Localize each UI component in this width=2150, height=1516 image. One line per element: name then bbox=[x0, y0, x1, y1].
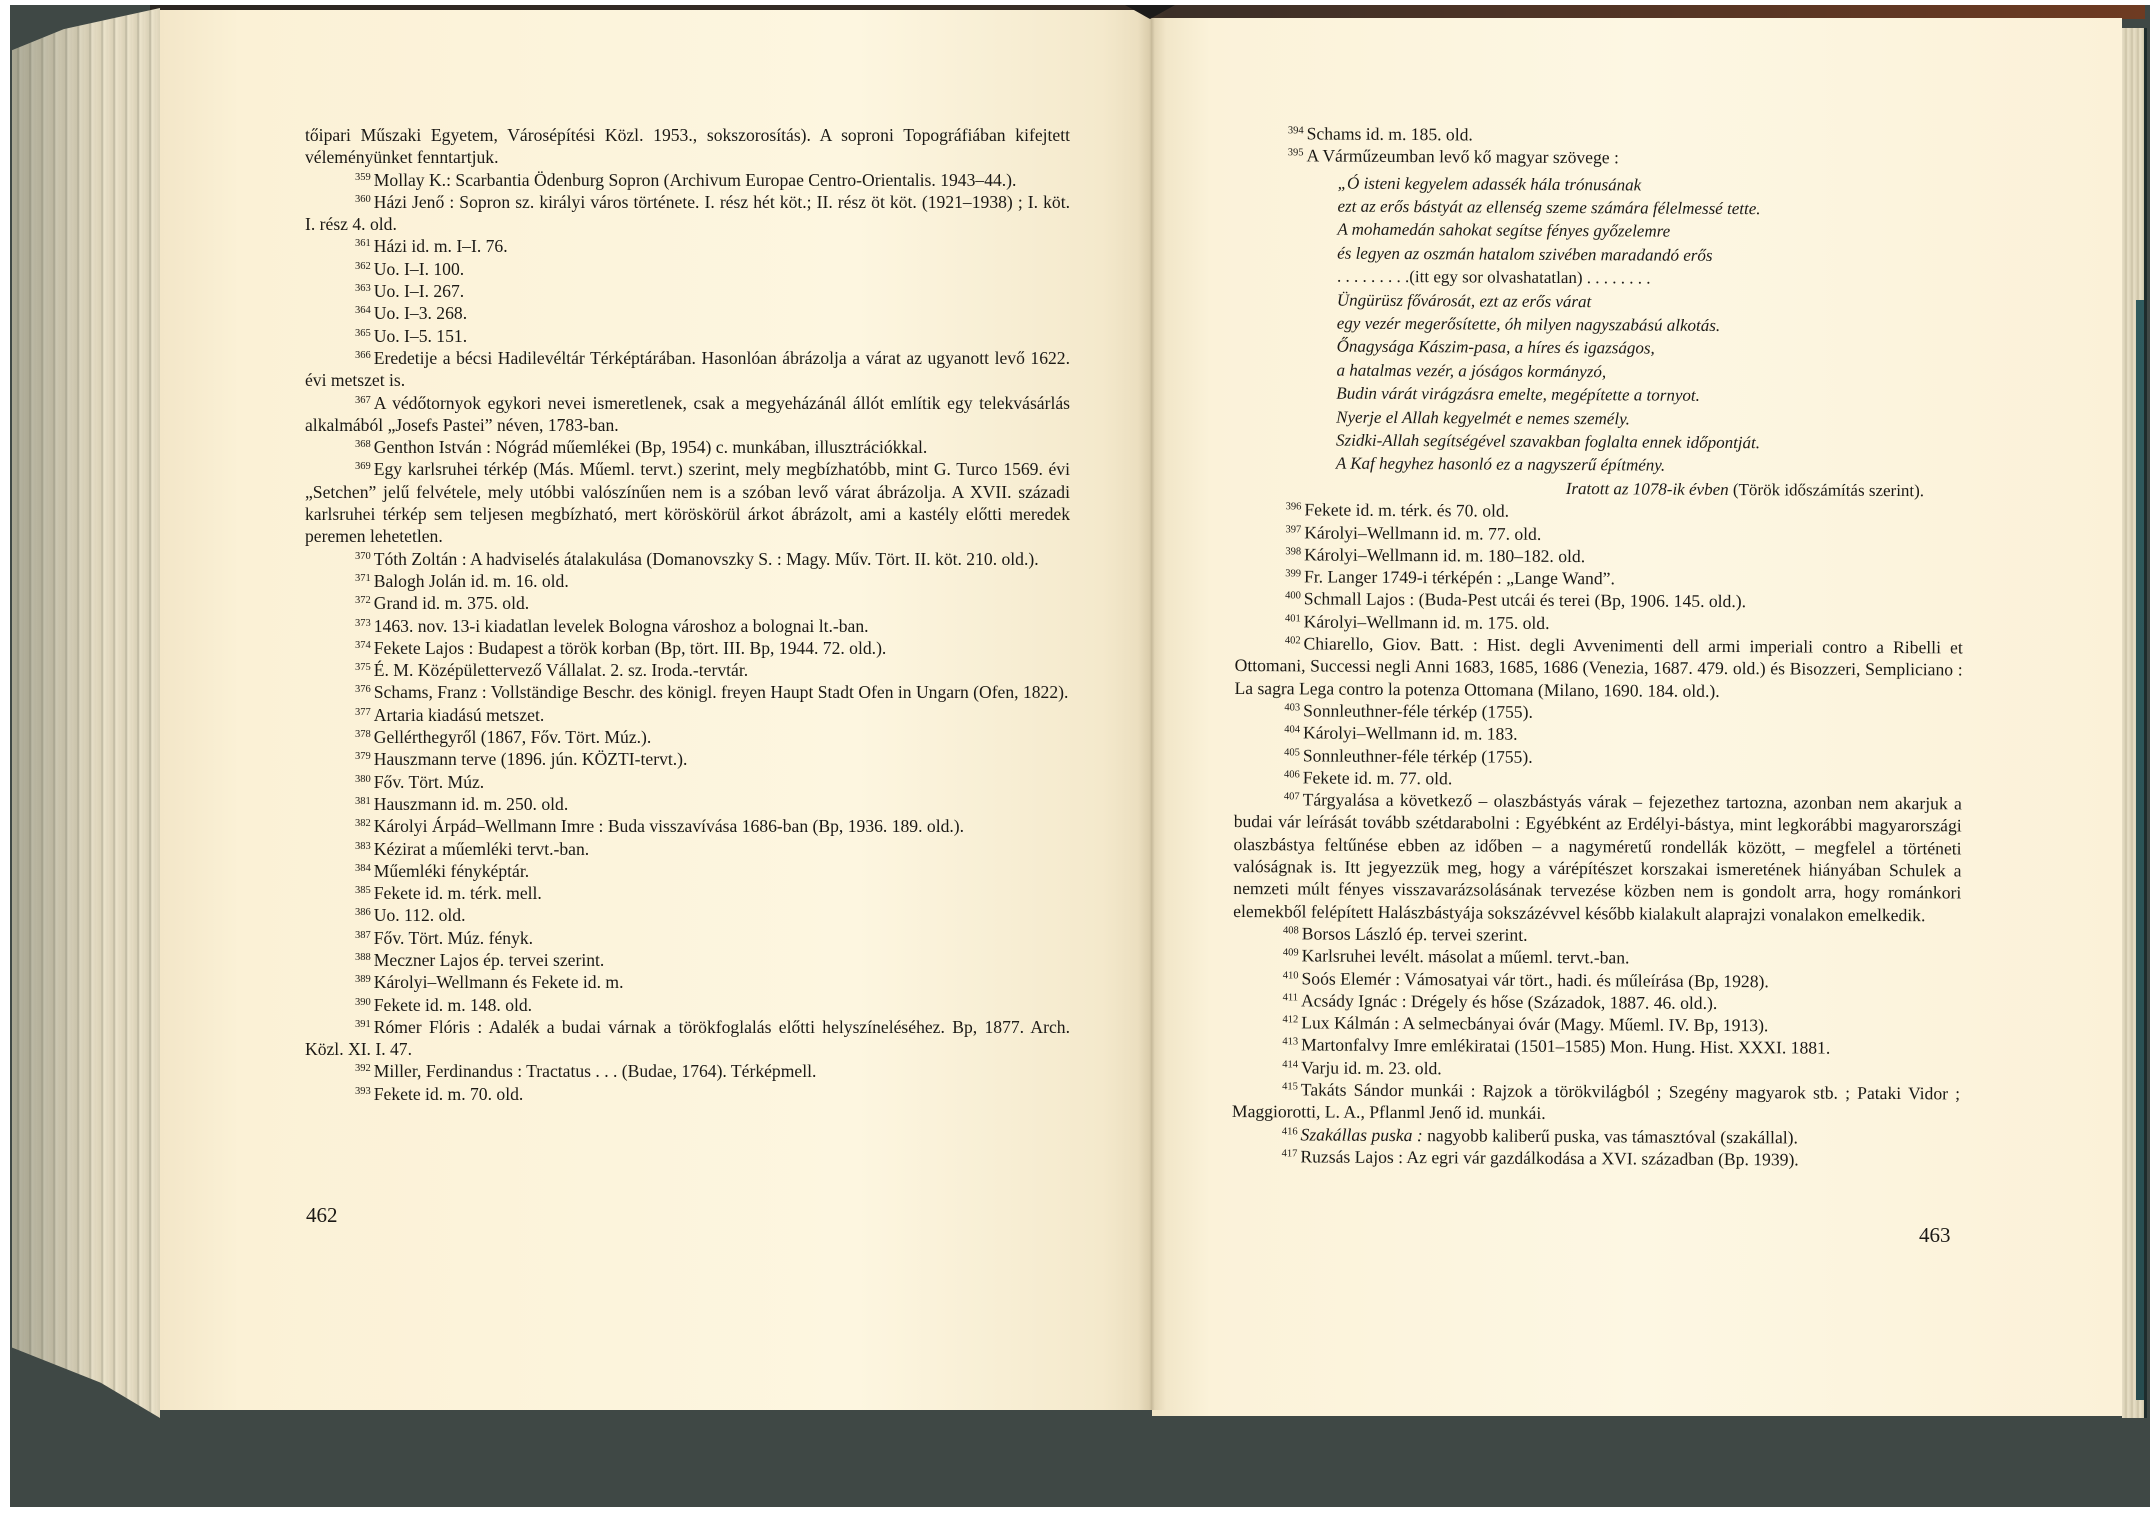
book-cover-edge bbox=[2136, 300, 2144, 1400]
poem-signature: Iratott az 1078-ik évben (Török időszámí… bbox=[1566, 477, 1964, 503]
page-number-right: 463 bbox=[1919, 1223, 1951, 1248]
footnote-text: Chiarello, Giov. Batt. : Hist. degli Avv… bbox=[1234, 633, 1962, 700]
footnote-text: Karlsruhei levélt. másolat a műeml. terv… bbox=[1302, 946, 1630, 968]
footnote-text: Házi id. m. I–I. 76. bbox=[374, 236, 508, 256]
footnote-382: 382Károlyi Árpád–Wellmann Imre : Buda vi… bbox=[305, 815, 1070, 837]
footnote-364: 364Uo. I–3. 268. bbox=[305, 302, 1070, 324]
footnote-number: 365 bbox=[355, 328, 371, 339]
footnote-number: 388 bbox=[355, 952, 371, 963]
footnote-number: 366 bbox=[355, 350, 371, 361]
footnote-number: 391 bbox=[355, 1019, 371, 1030]
footnote-379: 379Hauszmann terve (1896. jún. KÖZTI-ter… bbox=[305, 748, 1070, 770]
footnote-text: Mollay K.: Scarbantia Ödenburg Sopron (A… bbox=[374, 170, 1017, 190]
footnote-385: 385Fekete id. m. térk. mell. bbox=[305, 882, 1070, 904]
footnote-text: Gellérthegyről (1867, Főv. Tört. Múz.). bbox=[374, 727, 652, 747]
left-page-stack-shadow bbox=[12, 8, 160, 1418]
footnote-number: 412 bbox=[1282, 1014, 1298, 1025]
poem-signature-italic: Iratott az 1078-ik évben bbox=[1566, 479, 1729, 499]
footnote-361: 361Házi id. m. I–I. 76. bbox=[305, 235, 1070, 257]
footnote-407: 407Tárgyalása a következő – olaszbástyás… bbox=[1233, 788, 1962, 926]
footnote-number: 396 bbox=[1286, 502, 1302, 513]
left-page-footnotes: tőipari Műszaki Egyetem, Városépítési Kö… bbox=[305, 124, 1070, 1105]
footnote-number: 375 bbox=[355, 662, 371, 673]
footnote-371: 371Balogh Jolán id. m. 16. old. bbox=[305, 570, 1070, 592]
footnote-366: 366Eredetije a bécsi Hadilevéltár Térkép… bbox=[305, 347, 1070, 392]
footnote-number: 398 bbox=[1285, 546, 1301, 557]
inscription-poem: „Ó isteni kegyelem adassék hála trónusán… bbox=[1336, 171, 1966, 503]
poem-line: . . . . . . . . .(itt egy sor olvashatat… bbox=[1337, 265, 1965, 292]
footnote-375: 375É. M. Középülettervező Vállalat. 2. s… bbox=[305, 659, 1070, 681]
footnote-text: Ruzsás Lajos : Az egri vár gazdálkodása … bbox=[1300, 1146, 1798, 1169]
footnote-text: Uo. I–5. 151. bbox=[374, 326, 467, 346]
footnote-text: Fekete id. m. 70. old. bbox=[374, 1084, 524, 1104]
footnote-number: 406 bbox=[1284, 769, 1300, 780]
footnote-text: Schams id. m. 185. old. bbox=[1307, 123, 1473, 144]
footnote-number: 409 bbox=[1283, 948, 1299, 959]
footnote-text: Házi Jenő : Sopron sz. királyi város tör… bbox=[305, 192, 1070, 234]
footnote-text: Acsády Ignác : Drégely és hőse (Századok… bbox=[1301, 990, 1717, 1013]
footnote-text: Miller, Ferdinandus : Tractatus . . . (B… bbox=[374, 1061, 817, 1081]
footnote-363: 363Uo. I–I. 267. bbox=[305, 280, 1070, 302]
footnote-text: Uo. 112. old. bbox=[374, 905, 466, 925]
footnote-number: 400 bbox=[1285, 591, 1301, 602]
footnote-370: 370Tóth Zoltán : A hadviselés átalakulás… bbox=[305, 548, 1070, 570]
right-footnote-list-pre: 394Schams id. m. 185. old.395A Várműzeum… bbox=[1238, 122, 1966, 171]
footnote-number: 401 bbox=[1285, 613, 1301, 624]
footnote-text: Uo. I–I. 100. bbox=[374, 259, 464, 279]
footnote-text: 1463. nov. 13-i kiadatlan levelek Bologn… bbox=[374, 616, 869, 636]
footnote-391: 391Rómer Flóris : Adalék a budai várnak … bbox=[305, 1016, 1070, 1061]
footnote-text: Varju id. m. 23. old. bbox=[1301, 1057, 1442, 1078]
footnote-number: 393 bbox=[355, 1086, 371, 1097]
footnote-number: 362 bbox=[355, 261, 371, 272]
footnote-text: Műemléki fényképtár. bbox=[374, 861, 529, 881]
footnote-359: 359Mollay K.: Scarbantia Ödenburg Sopron… bbox=[305, 169, 1070, 191]
footnote-text: Egy karlsruhei térkép (Más. Műeml. tervt… bbox=[305, 459, 1070, 546]
footnote-number: 403 bbox=[1284, 702, 1300, 713]
footnote-italic-term: Szakállas puska : bbox=[1301, 1124, 1423, 1145]
footnote-number: 385 bbox=[355, 885, 371, 896]
footnote-360: 360Házi Jenő : Sopron sz. királyi város … bbox=[305, 191, 1070, 236]
right-page-footnotes: 394Schams id. m. 185. old.395A Várműzeum… bbox=[1232, 122, 1966, 1172]
footnote-number: 389 bbox=[355, 974, 371, 985]
footnote-388: 388Meczner Lajos ép. tervei szerint. bbox=[305, 949, 1070, 971]
footnote-368: 368Genthon István : Nógrád műemlékei (Bp… bbox=[305, 436, 1070, 458]
footnote-text: Lux Kálmán : A selmecbányai óvár (Magy. … bbox=[1301, 1013, 1768, 1036]
footnote-text: Fekete id. m. térk. mell. bbox=[374, 883, 542, 903]
footnote-continuation: tőipari Műszaki Egyetem, Városépítési Kö… bbox=[305, 124, 1070, 169]
footnote-number: 377 bbox=[355, 707, 371, 718]
footnote-number: 410 bbox=[1283, 970, 1299, 981]
footnote-378: 378Gellérthegyről (1867, Főv. Tört. Múz.… bbox=[305, 726, 1070, 748]
footnote-381: 381Hauszmann id. m. 250. old. bbox=[305, 793, 1070, 815]
footnote-number: 378 bbox=[355, 729, 371, 740]
footnote-number: 370 bbox=[355, 551, 371, 562]
footnote-384: 384Műemléki fényképtár. bbox=[305, 860, 1070, 882]
footnote-number: 379 bbox=[355, 751, 371, 762]
footnote-text: Fekete id. m. térk. és 70. old. bbox=[1304, 500, 1509, 521]
footnote-text: A Várműzeumban levő kő magyar szövege : bbox=[1306, 146, 1618, 168]
footnote-text: Fekete id. m. 77. old. bbox=[1303, 767, 1453, 788]
footnote-text: Károlyi Árpád–Wellmann Imre : Buda vissz… bbox=[374, 816, 964, 836]
footnote-number: 369 bbox=[355, 461, 371, 472]
page-number-left: 462 bbox=[306, 1203, 338, 1228]
footnote-number: 394 bbox=[1288, 125, 1304, 136]
footnote-number: 364 bbox=[355, 305, 371, 316]
footnote-text: Takáts Sándor munkái : Rajzok a törökvil… bbox=[1232, 1079, 1960, 1123]
footnote-number: 372 bbox=[355, 595, 371, 606]
footnote-text: Genthon István : Nógrád műemlékei (Bp, 1… bbox=[374, 437, 928, 457]
footnote-number: 381 bbox=[355, 796, 371, 807]
footnote-number: 408 bbox=[1283, 925, 1299, 936]
footnote-number: 361 bbox=[355, 238, 371, 249]
footnote-number: 416 bbox=[1282, 1126, 1298, 1137]
footnote-text: Grand id. m. 375. old. bbox=[374, 593, 529, 613]
footnote-text: Schams, Franz : Vollständige Beschr. des… bbox=[374, 682, 1069, 702]
footnote-362: 362Uo. I–I. 100. bbox=[305, 258, 1070, 280]
footnote-number: 363 bbox=[355, 283, 371, 294]
footnote-text: Károlyi–Wellmann és Fekete id. m. bbox=[374, 972, 624, 992]
footnote-number: 382 bbox=[355, 818, 371, 829]
footnote-text: Uo. I–I. 267. bbox=[374, 281, 464, 301]
footnote-number: 380 bbox=[355, 774, 371, 785]
footnote-389: 389Károlyi–Wellmann és Fekete id. m. bbox=[305, 971, 1070, 993]
footnote-text: Fekete Lajos : Budapest a török korban (… bbox=[374, 638, 887, 658]
footnote-number: 392 bbox=[355, 1063, 371, 1074]
footnote-text: Meczner Lajos ép. tervei szerint. bbox=[374, 950, 605, 970]
footnote-number: 390 bbox=[355, 997, 371, 1008]
footnote-text: Schmall Lajos : (Buda-Pest utcái és tere… bbox=[1304, 589, 1746, 612]
footnote-text: Főv. Tört. Múz. bbox=[374, 772, 484, 792]
footnote-text: nagyobb kaliberű puska, vas támasztóval … bbox=[1423, 1125, 1798, 1147]
footnote-text: Sonnleuthner-féle térkép (1755). bbox=[1303, 700, 1533, 721]
footnote-380: 380Főv. Tört. Múz. bbox=[305, 771, 1070, 793]
footnote-text: Hauszmann terve (1896. jún. KÖZTI-tervt.… bbox=[374, 749, 688, 769]
footnote-395: 395A Várműzeumban levő kő magyar szövege… bbox=[1238, 144, 1966, 171]
footnote-number: 402 bbox=[1285, 635, 1301, 646]
footnote-number: 371 bbox=[355, 573, 371, 584]
poem-lines: „Ó isteni kegyelem adassék hála trónusán… bbox=[1336, 171, 1966, 479]
footnote-text: Tárgyalása a következő – olaszbástyás vá… bbox=[1233, 790, 1962, 925]
footnote-text: Hauszmann id. m. 250. old. bbox=[374, 794, 569, 814]
footnote-402: 402Chiarello, Giov. Batt. : Hist. degli … bbox=[1234, 632, 1962, 703]
footnote-417: 417Ruzsás Lajos : Az egri vár gazdálkodá… bbox=[1232, 1145, 1960, 1172]
footnote-387: 387Főv. Tört. Múz. fényk. bbox=[305, 927, 1070, 949]
footnote-text: Uo. I–3. 268. bbox=[374, 303, 467, 323]
footnote-text: Eredetije a bécsi Hadilevéltár Térképtár… bbox=[305, 348, 1070, 390]
footnote-text: A védőtornyok egykori nevei ismeretlenek… bbox=[305, 393, 1070, 435]
footnote-392: 392Miller, Ferdinandus : Tractatus . . .… bbox=[305, 1060, 1070, 1082]
footnote-365: 365Uo. I–5. 151. bbox=[305, 325, 1070, 347]
footnote-number: 367 bbox=[355, 395, 371, 406]
footnote-number: 376 bbox=[355, 684, 371, 695]
footnote-number: 386 bbox=[355, 907, 371, 918]
footnote-text: Károlyi–Wellmann id. m. 77. old. bbox=[1304, 522, 1541, 543]
footnote-number: 415 bbox=[1282, 1081, 1298, 1092]
footnote-text: Sonnleuthner-féle térkép (1755). bbox=[1303, 745, 1533, 766]
footnote-number: 384 bbox=[355, 863, 371, 874]
footnote-number: 411 bbox=[1283, 992, 1298, 1003]
footnote-373: 3731463. nov. 13-i kiadatlan levelek Bol… bbox=[305, 615, 1070, 637]
footnote-text: Balogh Jolán id. m. 16. old. bbox=[374, 571, 569, 591]
footnote-text: Fekete id. m. 148. old. bbox=[374, 995, 532, 1015]
footnote-text: Fr. Langer 1749-i térképén : „Lange Wand… bbox=[1304, 567, 1615, 589]
poem-line: A Kaf hegyhez hasonló ez a nagyszerű épí… bbox=[1336, 452, 1964, 479]
footnote-369: 369Egy karlsruhei térkép (Más. Műeml. te… bbox=[305, 458, 1070, 547]
footnote-number: 405 bbox=[1284, 747, 1300, 758]
poem-line: A mohamedán sahokat segítse fényes győze… bbox=[1337, 218, 1965, 245]
footnote-372: 372Grand id. m. 375. old. bbox=[305, 592, 1070, 614]
footnote-number: 368 bbox=[355, 439, 371, 450]
footnote-374: 374Fekete Lajos : Budapest a török korba… bbox=[305, 637, 1070, 659]
footnote-number: 399 bbox=[1285, 568, 1301, 579]
footnote-376: 376Schams, Franz : Vollständige Beschr. … bbox=[305, 681, 1070, 703]
footnote-text: É. M. Középülettervező Vállalat. 2. sz. … bbox=[374, 660, 748, 680]
footnote-number: 383 bbox=[355, 841, 371, 852]
footnote-number: 374 bbox=[355, 640, 371, 651]
footnote-text: Károlyi–Wellmann id. m. 180–182. old. bbox=[1304, 544, 1585, 566]
footnote-367: 367A védőtornyok egykori nevei ismeretle… bbox=[305, 392, 1070, 437]
footnote-text: Károlyi–Wellmann id. m. 183. bbox=[1303, 723, 1518, 744]
footnote-number: 417 bbox=[1282, 1148, 1298, 1159]
poem-signature-plain: (Török időszámítás szerint). bbox=[1729, 480, 1925, 500]
footnote-text: Főv. Tört. Múz. fényk. bbox=[374, 928, 533, 948]
footnote-text: Soós Elemér : Vámosatyai vár tört., hadi… bbox=[1301, 968, 1768, 991]
footnote-415: 415Takáts Sándor munkái : Rajzok a török… bbox=[1232, 1078, 1960, 1127]
footnote-number: 395 bbox=[1288, 148, 1304, 159]
footnote-number: 413 bbox=[1282, 1037, 1298, 1048]
footnote-number: 407 bbox=[1284, 791, 1300, 802]
footnote-386: 386Uo. 112. old. bbox=[305, 904, 1070, 926]
right-footnote-list: 396Fekete id. m. térk. és 70. old.397Kár… bbox=[1232, 498, 1964, 1171]
footnote-number: 404 bbox=[1284, 725, 1300, 736]
footnote-390: 390Fekete id. m. 148. old. bbox=[305, 994, 1070, 1016]
footnote-text: Artaria kiadású metszet. bbox=[374, 705, 545, 725]
footnote-393: 393Fekete id. m. 70. old. bbox=[305, 1083, 1070, 1105]
footnote-377: 377Artaria kiadású metszet. bbox=[305, 704, 1070, 726]
footnote-text: Rómer Flóris : Adalék a budai várnak a t… bbox=[305, 1017, 1070, 1059]
footnote-text: Tóth Zoltán : A hadviselés átalakulása (… bbox=[374, 549, 1039, 569]
book-gutter bbox=[1138, 10, 1166, 1410]
footnote-text: Martonfalvy Imre emlékiratai (1501–1585)… bbox=[1301, 1035, 1830, 1058]
footnote-text: Borsos László ép. tervei szerint. bbox=[1302, 923, 1528, 944]
footnote-text: Kézirat a műemléki tervt.-ban. bbox=[374, 839, 589, 859]
footnote-text: Károlyi–Wellmann id. m. 175. old. bbox=[1304, 611, 1550, 633]
footnote-number: 414 bbox=[1282, 1059, 1298, 1070]
poem-line: Budin várát virágzásra emelte, megépítet… bbox=[1336, 382, 1964, 409]
footnote-383: 383Kézirat a műemléki tervt.-ban. bbox=[305, 838, 1070, 860]
footnote-number: 397 bbox=[1285, 524, 1301, 535]
footnote-number: 387 bbox=[355, 930, 371, 941]
footnote-number: 359 bbox=[355, 172, 371, 183]
footnote-number: 373 bbox=[355, 618, 371, 629]
left-footnote-list: 359Mollay K.: Scarbantia Ödenburg Sopron… bbox=[305, 169, 1070, 1105]
footnote-number: 360 bbox=[355, 194, 371, 205]
